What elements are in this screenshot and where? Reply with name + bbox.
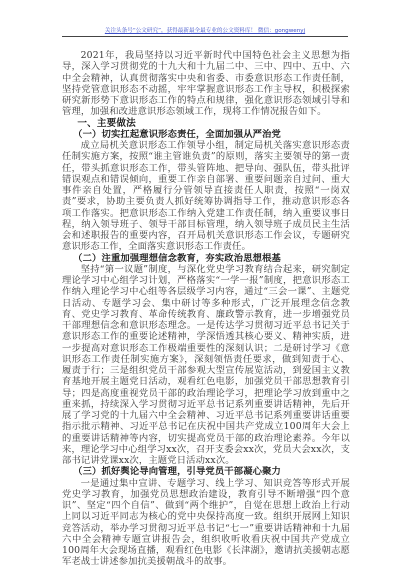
document-page: 关注头条号“公文研究”，获得最新最全最专业的公文资料库！ 微信：gongweny… <box>0 0 408 580</box>
subsection-heading-1: （一）切实扛起意识形态责任，全面加强从严治党 <box>62 129 350 140</box>
header-divider <box>62 36 348 37</box>
intro-paragraph: 2021年，我局坚持以习近平新时代中国特色社会主义思想为指导，深入学习贯彻党的十… <box>62 50 350 118</box>
promo-header-link[interactable]: 关注头条号“公文研究”，获得最新最全最专业的公文资料库！ 微信：gongweny… <box>62 27 348 35</box>
subsection-heading-3: （三）抓好舆论导向管理，引导党员干部凝心聚力 <box>62 466 350 477</box>
subsection-2-paragraph: 坚持“第一议题”制度，与深化党史学习教育结合起来，研究制定理论学习中心组学习计划… <box>62 264 350 467</box>
subsection-1-paragraph: 成立局机关意识形态工作领导小组，制定局机关落实意识形态责任制实施方案，按照“谁主… <box>62 140 350 253</box>
subsection-heading-2: （二）注重加强理想信念教育，夯实政治思想根基 <box>62 253 350 264</box>
section-heading-main-practices: 一、主要做法 <box>62 118 350 129</box>
document-body: 2021年，我局坚持以习近平新时代中国特色社会主义思想为指导，深入学习贯彻党的十… <box>62 50 350 568</box>
subsection-3-paragraph: 一是通过集中宣讲、专题学习、线上学习、知识竞答等形式开展党史学习教育，加强党员思… <box>62 478 350 568</box>
